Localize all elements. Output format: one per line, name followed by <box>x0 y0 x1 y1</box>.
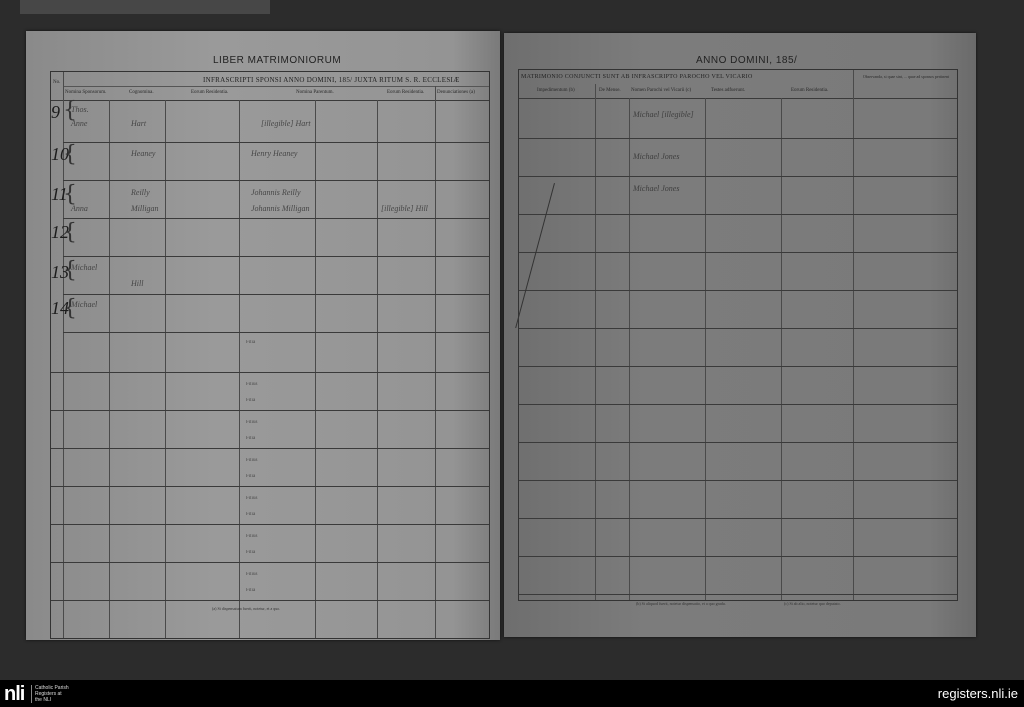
table-heading-right: MATRIMONIO CONJUNCTI SUNT AB INFRASCRIPT… <box>521 74 753 80</box>
site-url-link[interactable]: registers.nli.ie <box>938 686 1018 701</box>
image-viewer[interactable]: LIBER MATRIMONIORUM INFRASCRIPTI SPONSI … <box>0 0 1024 680</box>
col-header-de-mense: De Mense. <box>599 88 621 93</box>
register-table-left: INFRASCRIPTI SPONSI ANNO DOMINI, 185/ JU… <box>50 71 490 639</box>
logo-divider <box>31 685 32 703</box>
col-header-parochi: Nomen Parochi vel Vicarii (c) <box>631 88 691 93</box>
page-title-right: ANNO DOMINI, 185/ <box>696 55 797 66</box>
col-header-no: No. <box>53 80 60 85</box>
footer-bar: nli Catholic Parish Registers at the NLI… <box>0 680 1024 707</box>
blank-label: Filia <box>246 340 255 345</box>
right-page: ANNO DOMINI, 185/ MATRIMONIO CONJUNCTI S… <box>504 33 976 637</box>
footnote-right-c: (c) Si ab alio, notetur quo deputato. <box>784 601 841 606</box>
col-header-parentum: Nomina Parentum. <box>296 90 334 95</box>
top-edge-strip <box>20 0 270 14</box>
col-header-testes: Testes adfuerunt. <box>711 88 745 93</box>
col-header-nomina-sponsorum: Nomina Sponsorum. <box>65 90 106 95</box>
register-table-right: MATRIMONIO CONJUNCTI SUNT AB INFRASCRIPT… <box>518 69 958 601</box>
footnote-right-b: (b) Si aliquod fuerit, notetur dispensat… <box>636 601 726 606</box>
col-header-cognomina: Cognomina. <box>129 90 154 95</box>
col-header-denunciationes: Denunciationes (a) <box>437 90 475 95</box>
col-header-witness-residentia: Eorum Residentia. <box>791 88 828 93</box>
nli-logo[interactable]: nli <box>4 685 24 703</box>
page-title-left: LIBER MATRIMONIORUM <box>213 55 341 66</box>
table-heading-left: INFRASCRIPTI SPONSI ANNO DOMINI, 185/ JU… <box>203 76 460 84</box>
side-note: Observanda, si quae sint, ... quae ad sp… <box>857 74 955 79</box>
footnote-left: (a) Si dispensatum fuerit, notetur, et a… <box>212 606 280 611</box>
left-page: LIBER MATRIMONIORUM INFRASCRIPTI SPONSI … <box>26 31 500 640</box>
col-header-impedimentum: Impedimentum (b) <box>537 88 575 93</box>
col-header-parent-residentia: Eorum Residentia. <box>387 90 424 95</box>
logo-caption: Catholic Parish Registers at the NLI <box>35 685 75 703</box>
col-header-residentia: Eorum Residentia. <box>191 90 228 95</box>
